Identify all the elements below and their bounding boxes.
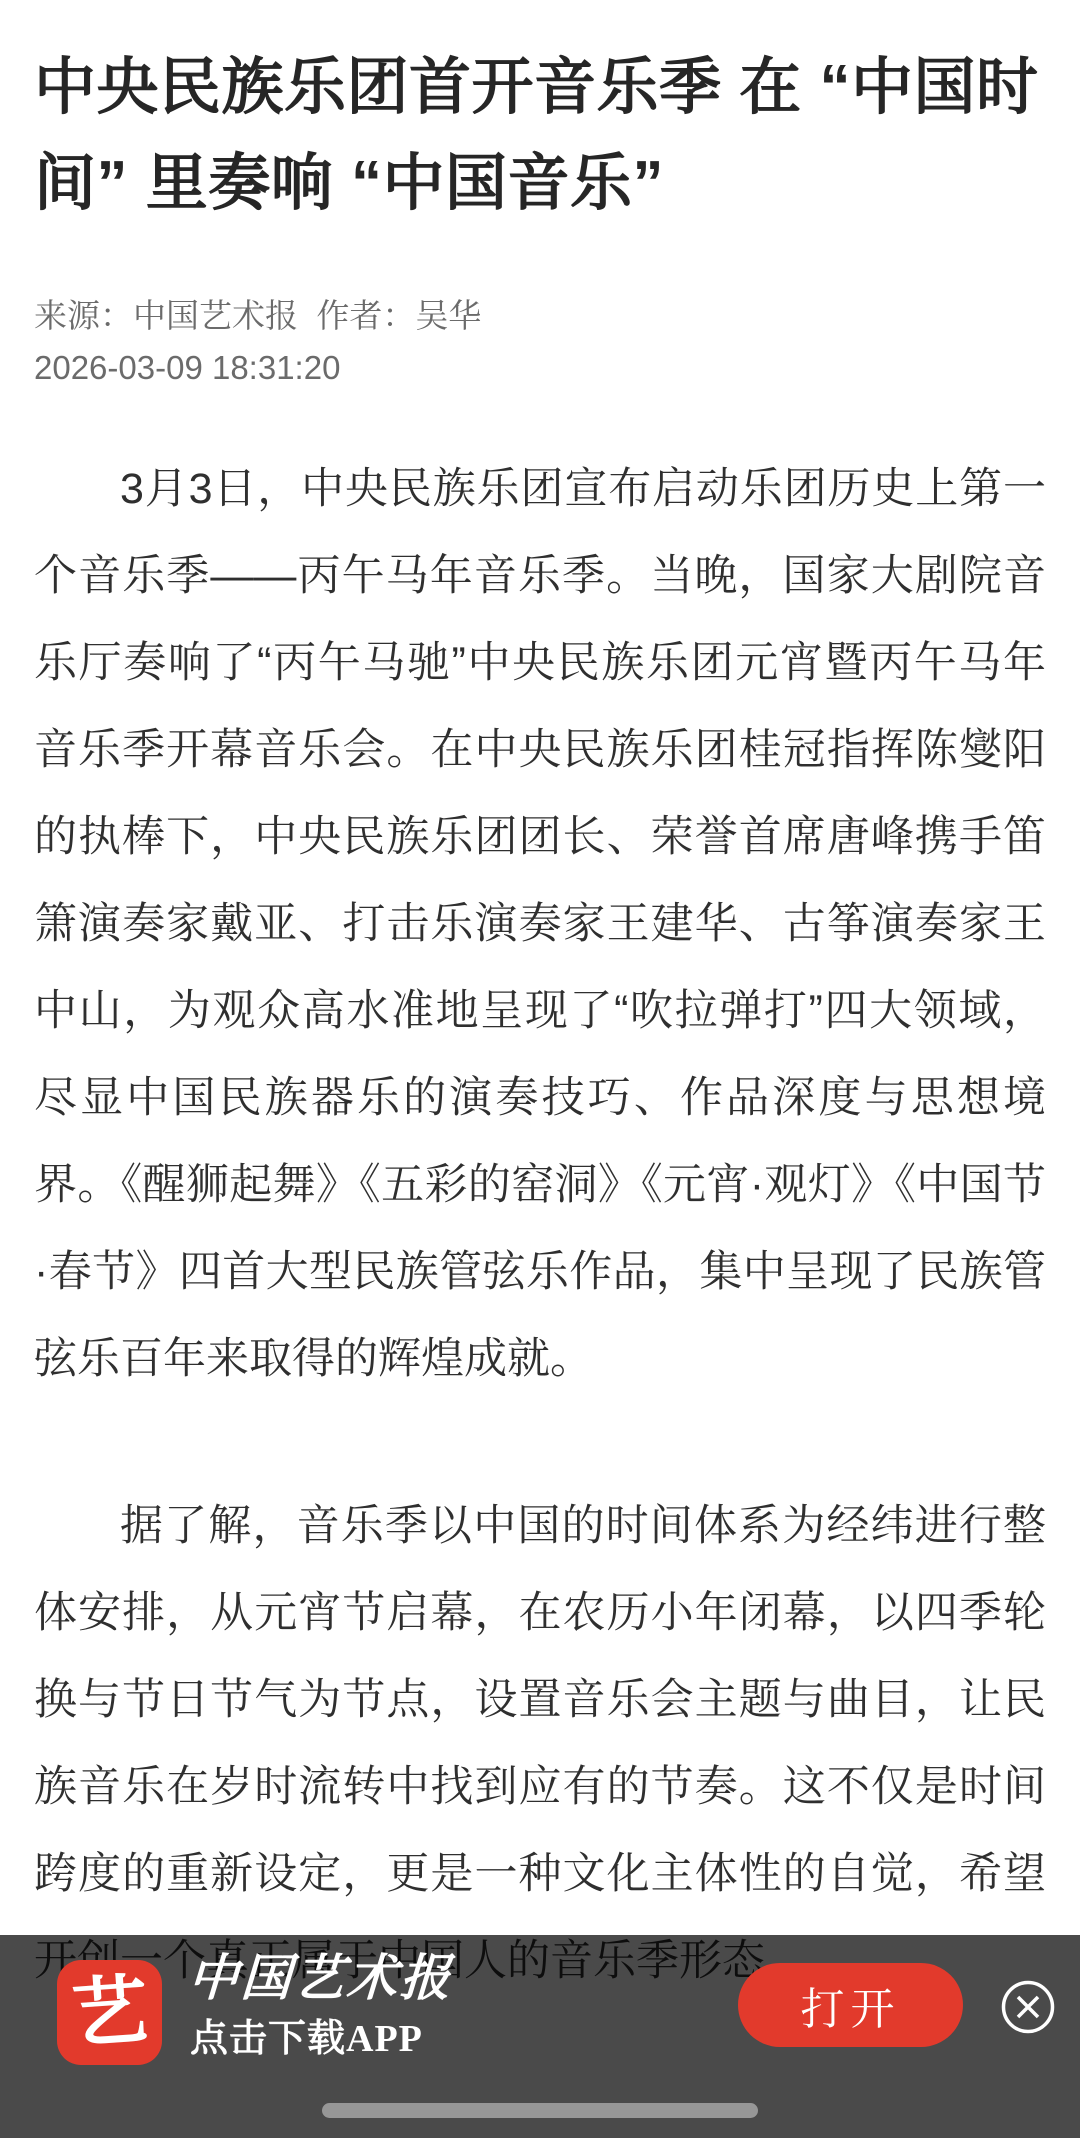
close-icon <box>1000 2023 1056 2038</box>
app-icon-calligraphy-glyph: 艺 <box>69 1972 150 2053</box>
article-source-author: 来源：中国艺术报 作者：吴华 <box>34 290 1046 342</box>
article-page: 中央民族乐团首开音乐季 在 “中国时间” 里奏响 “中国音乐” 来源：中国艺术报… <box>0 0 1080 2138</box>
app-name-logo: 中国艺术报 <box>186 1949 454 2007</box>
app-icon[interactable]: 艺 <box>57 1960 162 2065</box>
article-title: 中央民族乐团首开音乐季 在 “中国时间” 里奏响 “中国音乐” <box>34 40 1046 232</box>
paragraph-1: 3月3日，中央民族乐团宣布启动乐团历史上第一个音乐季——丙午马年音乐季。当晚，国… <box>34 446 1046 1403</box>
open-app-button[interactable]: 打开 <box>738 1963 963 2047</box>
article-datetime: 2026-03-09 18:31:20 <box>34 342 1046 394</box>
article-content: 中央民族乐团首开音乐季 在 “中国时间” 里奏响 “中国音乐” 来源：中国艺术报… <box>0 40 1080 2005</box>
home-indicator-bar[interactable] <box>322 2103 758 2118</box>
download-app-subtitle: 点击下载APP <box>190 2017 423 2061</box>
app-download-banner: 艺 中国艺术报 点击下载APP 打开 <box>0 1935 1080 2138</box>
close-banner-button[interactable] <box>1000 1979 1056 2035</box>
paragraph-2: 据了解，音乐季以中国的时间体系为经纬进行整体安排，从元宵节启幕，在农历小年闭幕，… <box>34 1483 1046 2005</box>
